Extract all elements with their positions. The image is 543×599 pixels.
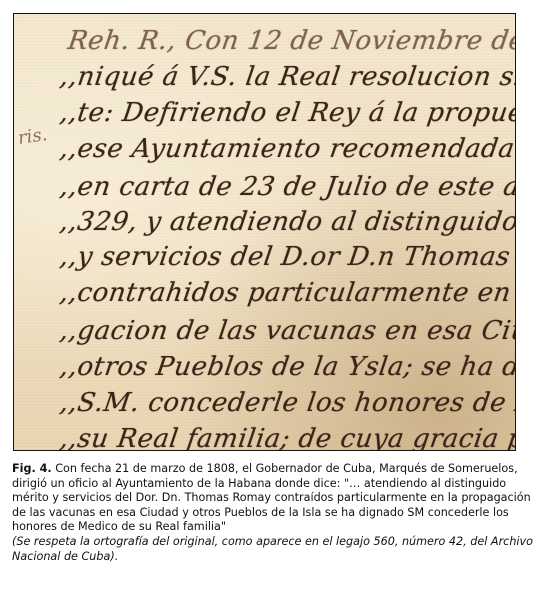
manuscript-line: ,,ese Ayuntamiento recomendada por V.S. bbox=[58, 134, 516, 164]
manuscript-line: ,,te: Defiriendo el Rey á la propuesta d… bbox=[58, 98, 516, 128]
manuscript-line: ,,329, y atendiendo al distinguido merit… bbox=[58, 207, 516, 237]
manuscript-line: ,,en carta de 23 de Julio de este año n.… bbox=[58, 172, 516, 202]
manuscript-margin-note: ris. bbox=[17, 124, 49, 149]
manuscript-image: Reh. R., Con 12 de Noviembre de 1805 com… bbox=[13, 13, 516, 451]
manuscript-line: ,,niqué á V.S. la Real resolucion siguie… bbox=[58, 62, 516, 92]
manuscript-line: ,,otros Pueblos de la Ysla; se ha dignad… bbox=[58, 352, 516, 382]
manuscript-line: ,,gacion de las vacunas en esa Ciudad y bbox=[58, 316, 516, 346]
figure-caption: Fig. 4. Con fecha 21 de marzo de 1808, e… bbox=[12, 462, 540, 564]
manuscript-line: ,,S.M. concederle los honores de Medico … bbox=[58, 388, 516, 418]
caption-text: Con fecha 21 de marzo de 1808, el Gobern… bbox=[12, 462, 531, 533]
manuscript-line: ,,y servicios del D.or D.n Thomas Romay bbox=[58, 242, 516, 272]
manuscript-line: ,,su Real familia; de cuya gracia pa bbox=[58, 424, 516, 451]
figure-label: Fig. 4. bbox=[12, 462, 52, 475]
manuscript-line: ,,contrahidos particularmente en la prop… bbox=[58, 278, 516, 308]
manuscript-line: Reh. R., Con 12 de Noviembre de 1805 com… bbox=[66, 26, 516, 56]
caption-source-note: (Se respeta la ortografía del original, … bbox=[12, 535, 540, 564]
